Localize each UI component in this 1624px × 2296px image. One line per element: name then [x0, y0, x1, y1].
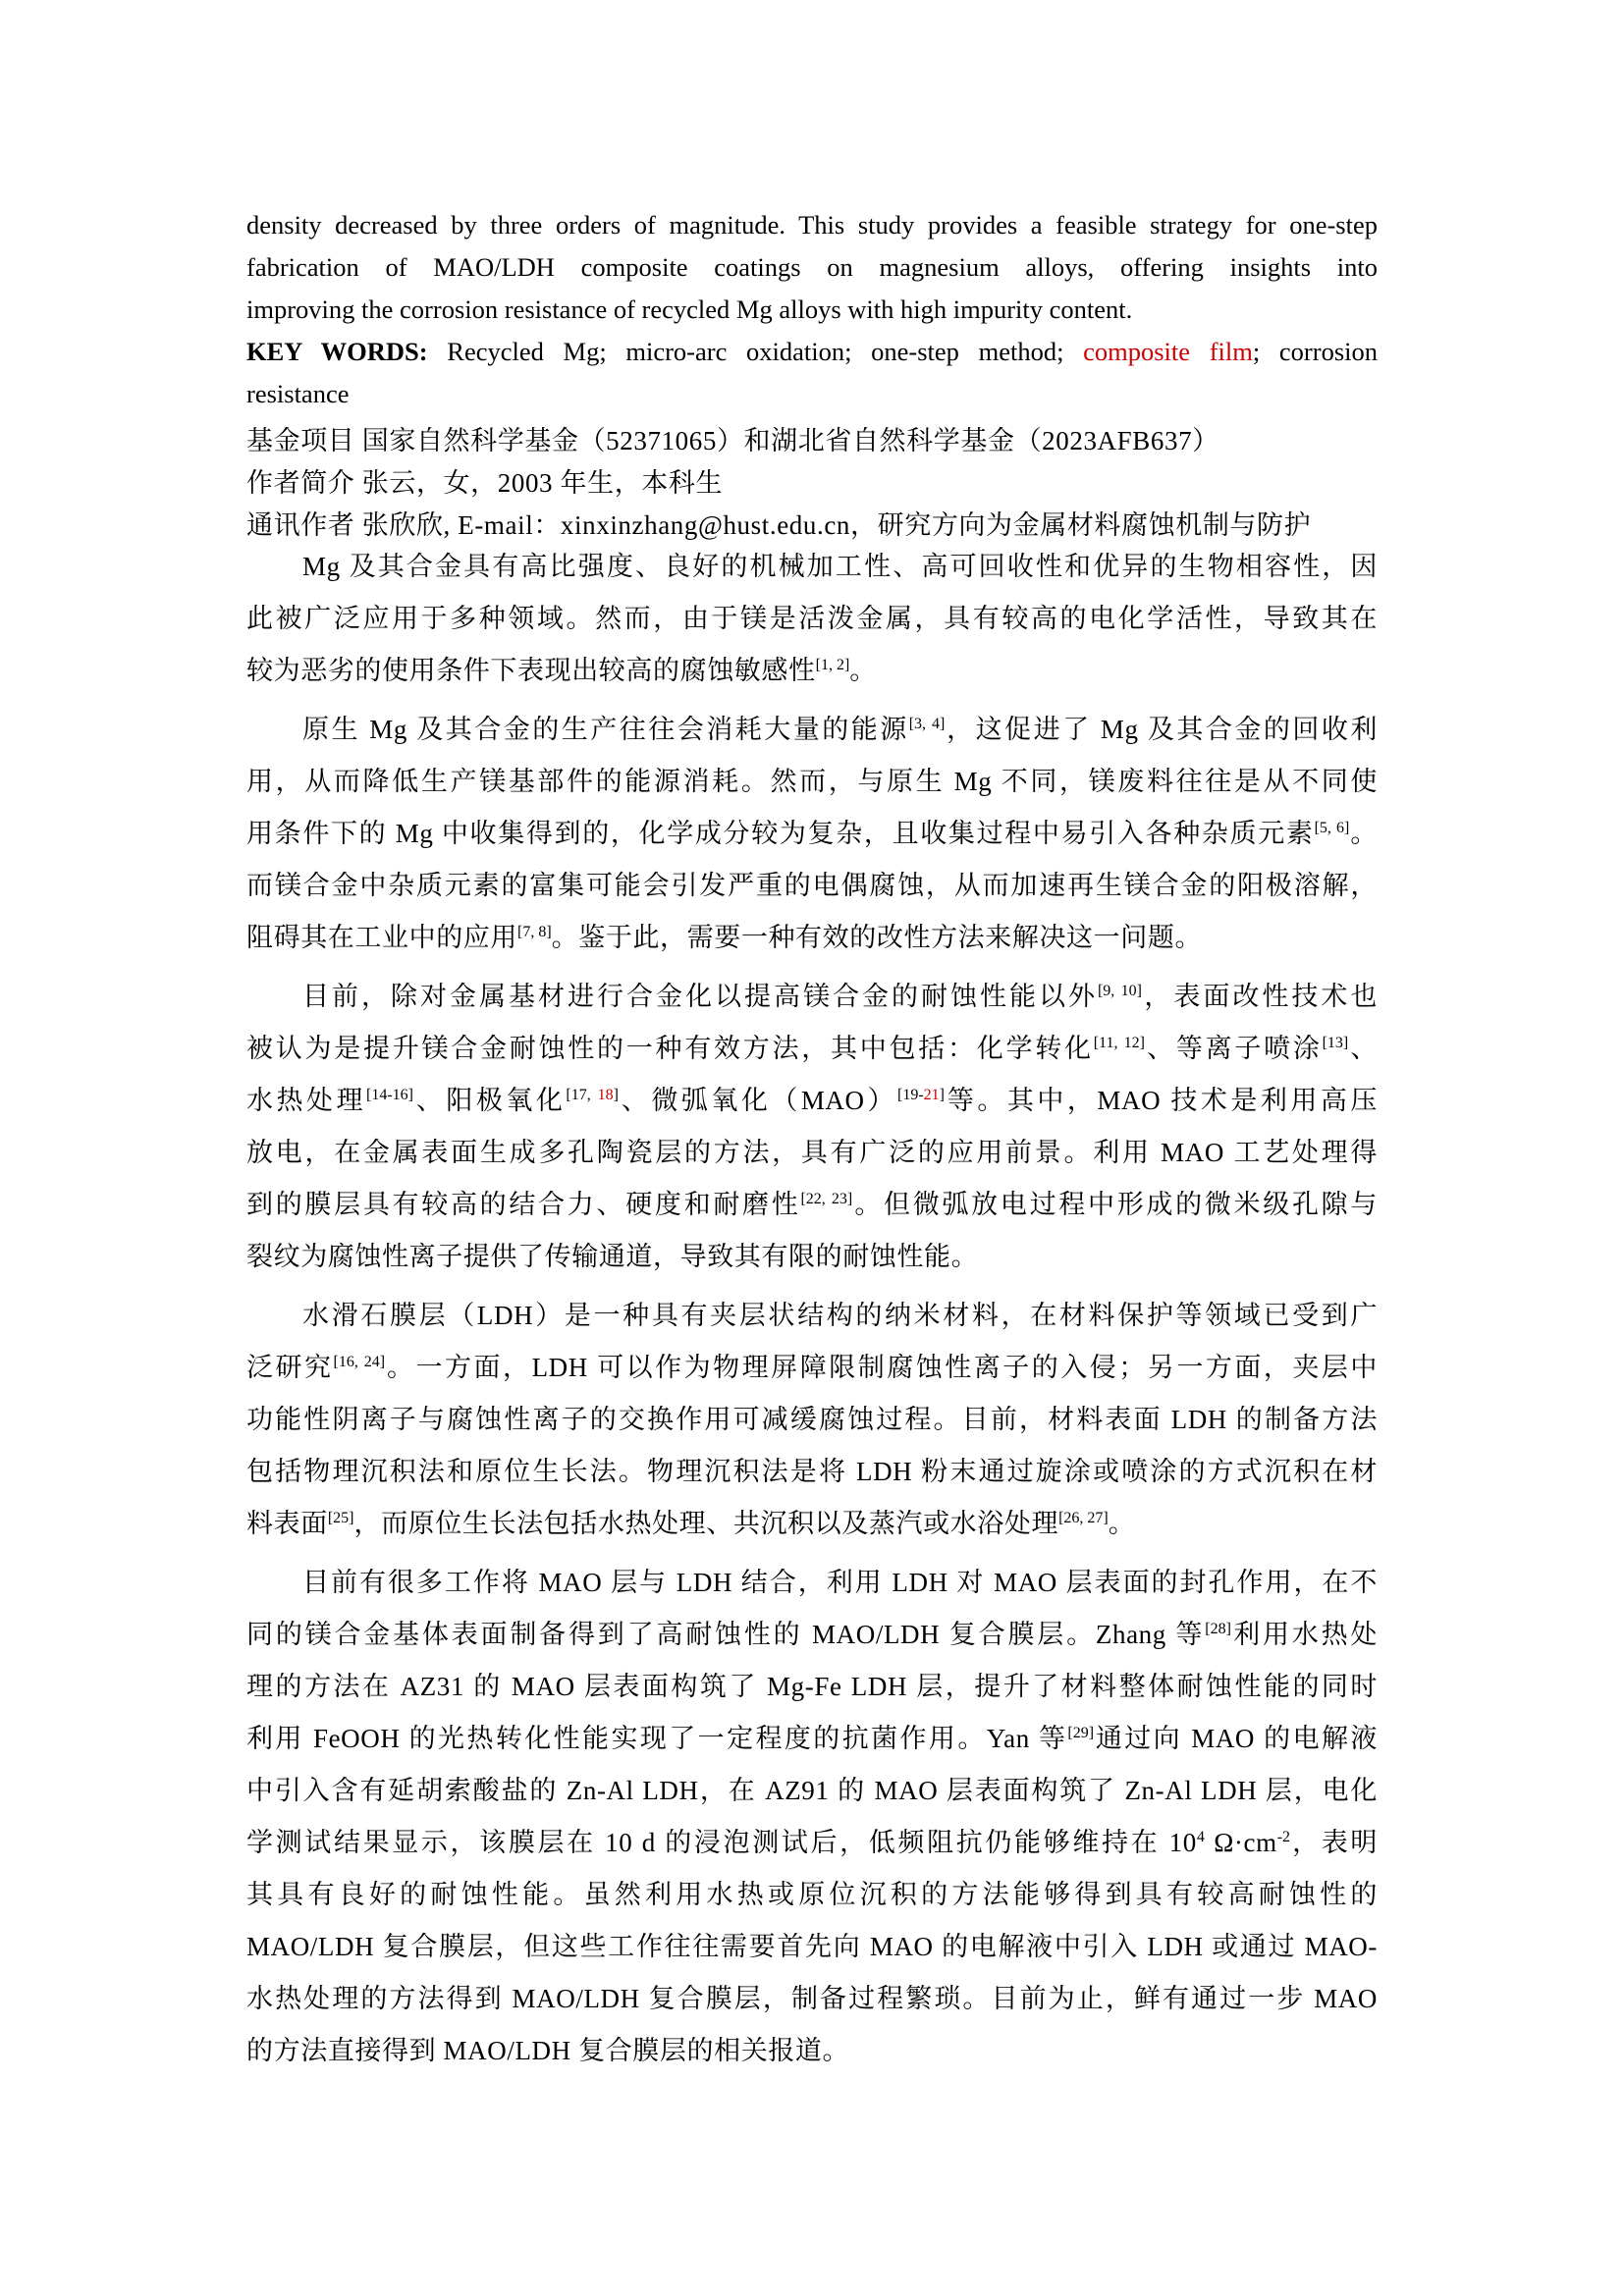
text-run: 被认为是提升镁合金耐蚀性的一种有效方法，其中包括：化学转化 — [246, 1034, 1094, 1063]
citation-superscript: [14-16] — [366, 1087, 413, 1103]
citation-superscript: [9, 10] — [1098, 983, 1142, 999]
text-run: 作者简介 张云，女，2003 年生，本科生 — [246, 468, 723, 498]
text-line: 学测试结果显示，该膜层在 10 d 的浸泡测试后，低频阻抗仍能够维持在 104 … — [246, 1817, 1378, 1869]
citation-superscript: [29] — [1067, 1725, 1094, 1741]
citation-superscript: -2 — [1277, 1829, 1290, 1845]
text-line: 用条件下的 Mg 中收集得到的，化学成分较为复杂，且收集过程中易引入各种杂质元素… — [246, 808, 1378, 860]
citation-superscript: 18 — [598, 1087, 614, 1103]
text-run: resistance — [246, 379, 349, 408]
text-run: 。 — [849, 656, 877, 685]
text-run: 水热处理的方法得到 MAO/LDH 复合膜层，制备过程繁琐。目前为止，鲜有通过一… — [246, 1984, 1378, 2013]
text-run: fabrication of MAO/LDH composite coating… — [246, 252, 1378, 282]
text-line: 原生 Mg 及其合金的生产往往会消耗大量的能源[3, 4]，这促进了 Mg 及其… — [246, 704, 1378, 756]
text-run: 料表面 — [246, 1509, 328, 1538]
text-line: MAO/LDH 复合膜层，但这些工作往往需要首先向 MAO 的电解液中引入 LD… — [246, 1921, 1378, 1973]
text-line: 目前有很多工作将 MAO 层与 LDH 结合，利用 LDH 对 MAO 层表面的… — [246, 1557, 1378, 1609]
citation-superscript: [19- — [897, 1087, 924, 1103]
text-line: 料表面[25]，而原位生长法包括水热处理、共沉积以及蒸汽或水浴处理[26, 27… — [246, 1498, 1378, 1550]
text-run: improving the corrosion resistance of re… — [246, 294, 1132, 324]
citation-superscript: [17, — [566, 1087, 597, 1103]
text-run: 。 — [1349, 819, 1378, 848]
text-run: 到的膜层具有较高的结合力、硬度和耐磨性 — [246, 1190, 800, 1219]
text-run: 通讯作者 张欣欣, E-mail：xinxinzhang@hust.edu.cn… — [246, 510, 1311, 540]
highlighted-keyword: composite film — [1083, 337, 1253, 366]
text-run: 用条件下的 Mg 中收集得到的，化学成分较为复杂，且收集过程中易引入各种杂质元素 — [246, 819, 1315, 848]
text-run: ; corrosion — [1253, 337, 1378, 366]
citation-superscript: [5, 6] — [1315, 820, 1350, 836]
text-line: 同的镁合金基体表面制备得到了高耐蚀性的 MAO/LDH 复合膜层。Zhang 等… — [246, 1609, 1378, 1661]
text-line: 其具有良好的耐蚀性能。虽然利用水热或原位沉积的方法能够得到具有较高耐蚀性的 — [246, 1869, 1378, 1921]
text-run: 、微弧氧化（MAO） — [619, 1086, 897, 1115]
highlighted-citation: 21 — [924, 1087, 940, 1103]
text-line: 裂纹为腐蚀性离子提供了传输通道，导致其有限的耐蚀性能。 — [246, 1231, 1378, 1283]
text-line: 水滑石膜层（LDH）是一种具有夹层状结构的纳米材料，在材料保护等领域已受到广 — [246, 1290, 1378, 1342]
text-line: 包括物理沉积法和原位生长法。物理沉积法是将 LDH 粉末通过旋涂或喷涂的方式沉积… — [246, 1446, 1378, 1498]
text-line: density decreased by three orders of mag… — [246, 204, 1378, 246]
text-line: 较为恶劣的使用条件下表现出较高的腐蚀敏感性[1, 2]。 — [246, 645, 1378, 697]
text-run: Ω·cm — [1205, 1828, 1277, 1857]
text-run: 、 — [1348, 1034, 1378, 1063]
citation-superscript: [3, 4] — [909, 716, 946, 732]
citation-superscript: 4 — [1197, 1829, 1205, 1845]
citation-superscript: [11, 12] — [1094, 1035, 1145, 1051]
citation-superscript: [1, 2] — [816, 657, 850, 673]
text-line: 的方法直接得到 MAO/LDH 复合膜层的相关报道。 — [246, 2025, 1378, 2077]
text-line: 泛研究[16, 24]。一方面，LDH 可以作为物理屏障限制腐蚀性离子的入侵；另… — [246, 1342, 1378, 1394]
text-line: 被认为是提升镁合金耐蚀性的一种有效方法，其中包括：化学转化[11, 12]、等离… — [246, 1023, 1378, 1075]
citation-superscript: 21 — [924, 1087, 940, 1103]
text-run: 理的方法在 AZ31 的 MAO 层表面构筑了 Mg-Fe LDH 层，提升了材… — [246, 1672, 1378, 1701]
text-run: 等。其中，MAO 技术是利用高压 — [945, 1086, 1378, 1115]
text-line: 用，从而降低生产镁基部件的能源消耗。然而，与原生 Mg 不同，镁废料往往是从不同… — [246, 756, 1378, 808]
highlighted-citation: 18 — [598, 1087, 614, 1103]
text-run: 。 — [1109, 1509, 1136, 1538]
text-run: MAO/LDH 复合膜层，但这些工作往往需要首先向 MAO 的电解液中引入 LD… — [246, 1932, 1378, 1961]
text-run: 利用水热处 — [1231, 1620, 1378, 1649]
text-line: 此被广泛应用于多种领域。然而，由于镁是活泼金属，具有较高的电化学活性，导致其在 — [246, 593, 1378, 645]
text-line: resistance — [246, 373, 1378, 415]
text-run: 、阳极氧化 — [413, 1086, 566, 1115]
citation-superscript: [16, 24] — [334, 1354, 386, 1370]
citation-superscript: [13] — [1323, 1035, 1349, 1051]
text-line: 而镁合金中杂质元素的富集可能会引发严重的电偶腐蚀，从而加速再生镁合金的阳极溶解， — [246, 860, 1378, 912]
citation-superscript: [28] — [1205, 1621, 1231, 1637]
text-run: 用，从而降低生产镁基部件的能源消耗。然而，与原生 Mg 不同，镁废料往往是从不同… — [246, 767, 1378, 796]
text-run: ，表明 — [1290, 1828, 1378, 1857]
text-line: 水热处理[14-16]、阳极氧化[17, 18]、微弧氧化（MAO）[19-21… — [246, 1075, 1378, 1127]
text-run: 而镁合金中杂质元素的富集可能会引发严重的电偶腐蚀，从而加速再生镁合金的阳极溶解， — [246, 871, 1378, 900]
text-line: 放电，在金属表面生成多孔陶瓷层的方法，具有广泛的应用前景。利用 MAO 工艺处理… — [246, 1127, 1378, 1179]
text-run: 。但微弧放电过程中形成的微米级孔隙与 — [852, 1190, 1378, 1219]
text-run: Recycled Mg; micro-arc oxidation; one-st… — [428, 337, 1084, 366]
text-run: 此被广泛应用于多种领域。然而，由于镁是活泼金属，具有较高的电化学活性，导致其在 — [246, 604, 1378, 633]
text-run: 较为恶劣的使用条件下表现出较高的腐蚀敏感性 — [246, 656, 816, 685]
text-line: improving the corrosion resistance of re… — [246, 289, 1378, 331]
text-line: 利用 FeOOH 的光热转化性能实现了一定程度的抗菌作用。Yan 等[29]通过… — [246, 1713, 1378, 1765]
text-run: 其具有良好的耐蚀性能。虽然利用水热或原位沉积的方法能够得到具有较高耐蚀性的 — [246, 1880, 1378, 1909]
text-line: 理的方法在 AZ31 的 MAO 层表面构筑了 Mg-Fe LDH 层，提升了材… — [246, 1661, 1378, 1713]
text-run: 原生 Mg 及其合金的生产往往会消耗大量的能源 — [302, 715, 909, 744]
text-run: density decreased by three orders of mag… — [246, 210, 1378, 240]
citation-superscript: [22, 23] — [800, 1191, 852, 1207]
text-line: Mg 及其合金具有高比强度、良好的机械加工性、高可回收性和优异的生物相容性，因 — [246, 541, 1378, 593]
text-run: Mg 及其合金具有高比强度、良好的机械加工性、高可回收性和优异的生物相容性，因 — [302, 552, 1378, 581]
text-run: 裂纹为腐蚀性离子提供了传输通道，导致其有限的耐蚀性能。 — [246, 1242, 978, 1271]
text-run: 水热处理 — [246, 1086, 366, 1115]
text-line: 中引入含有延胡索酸盐的 Zn-Al LDH，在 AZ91 的 MAO 层表面构筑… — [246, 1765, 1378, 1817]
paper-page: density decreased by three orders of mag… — [0, 0, 1624, 2296]
text-line: fabrication of MAO/LDH composite coating… — [246, 246, 1378, 289]
text-run: 基金项目 国家自然科学基金（52371065）和湖北省自然科学基金（2023AF… — [246, 426, 1219, 455]
citation-superscript: [7, 8] — [517, 924, 552, 940]
text-line: KEY WORDS: Recycled Mg; micro-arc oxidat… — [246, 331, 1378, 373]
text-run: 的方法直接得到 MAO/LDH 复合膜层的相关报道。 — [246, 2036, 849, 2065]
text-line: 水热处理的方法得到 MAO/LDH 复合膜层，制备过程繁琐。目前为止，鲜有通过一… — [246, 1973, 1378, 2025]
text-run: 、等离子喷涂 — [1145, 1034, 1323, 1063]
text-run: 利用 FeOOH 的光热转化性能实现了一定程度的抗菌作用。Yan 等 — [246, 1724, 1067, 1753]
text-run: 水滑石膜层（LDH）是一种具有夹层状结构的纳米材料，在材料保护等领域已受到广 — [302, 1301, 1378, 1330]
text-run: 目前有很多工作将 MAO 层与 LDH 结合，利用 LDH 对 MAO 层表面的… — [302, 1568, 1378, 1597]
text-line: 目前，除对金属基材进行合金化以提高镁合金的耐蚀性能以外[9, 10]，表面改性技… — [246, 971, 1378, 1023]
text-line: 功能性阴离子与腐蚀性离子的交换作用可减缓腐蚀过程。目前，材料表面 LDH 的制备… — [246, 1394, 1378, 1446]
text-run: 阻碍其在工业中的应用 — [246, 923, 517, 952]
text-run: 同的镁合金基体表面制备得到了高耐蚀性的 MAO/LDH 复合膜层。Zhang 等 — [246, 1620, 1205, 1649]
citation-superscript: [26, 27] — [1058, 1510, 1109, 1526]
text-run: 学测试结果显示，该膜层在 10 d 的浸泡测试后，低频阻抗仍能够维持在 10 — [246, 1828, 1197, 1857]
text-line: 到的膜层具有较高的结合力、硬度和耐磨性[22, 23]。但微弧放电过程中形成的微… — [246, 1179, 1378, 1231]
text-run: 包括物理沉积法和原位生长法。物理沉积法是将 LDH 粉末通过旋涂或喷涂的方式沉积… — [246, 1457, 1378, 1486]
text-run: ，这促进了 Mg 及其合金的回收利 — [945, 715, 1378, 744]
text-run: 目前，除对金属基材进行合金化以提高镁合金的耐蚀性能以外 — [302, 982, 1098, 1011]
text-run: 泛研究 — [246, 1353, 334, 1382]
text-run: ，表面改性技术也 — [1142, 982, 1378, 1011]
citation-superscript: [25] — [328, 1510, 354, 1526]
text-run: 。鉴于此，需要一种有效的改性方法来解决这一问题。 — [552, 923, 1202, 952]
text-run: ，而原位生长法包括水热处理、共沉积以及蒸汽或水浴处理 — [353, 1509, 1058, 1538]
text-line: 阻碍其在工业中的应用[7, 8]。鉴于此，需要一种有效的改性方法来解决这一问题。 — [246, 912, 1378, 964]
text-run: 。一方面，LDH 可以作为物理屏障限制腐蚀性离子的入侵；另一方面，夹层中 — [385, 1353, 1378, 1382]
text-run: 功能性阴离子与腐蚀性离子的交换作用可减缓腐蚀过程。目前，材料表面 LDH 的制备… — [246, 1405, 1378, 1434]
text-run: 放电，在金属表面生成多孔陶瓷层的方法，具有广泛的应用前景。利用 MAO 工艺处理… — [246, 1138, 1378, 1167]
text-run: 通过向 MAO 的电解液 — [1094, 1724, 1378, 1753]
keywords-label: KEY WORDS: — [246, 337, 428, 366]
text-run: 中引入含有延胡索酸盐的 Zn-Al LDH，在 AZ91 的 MAO 层表面构筑… — [246, 1776, 1378, 1805]
